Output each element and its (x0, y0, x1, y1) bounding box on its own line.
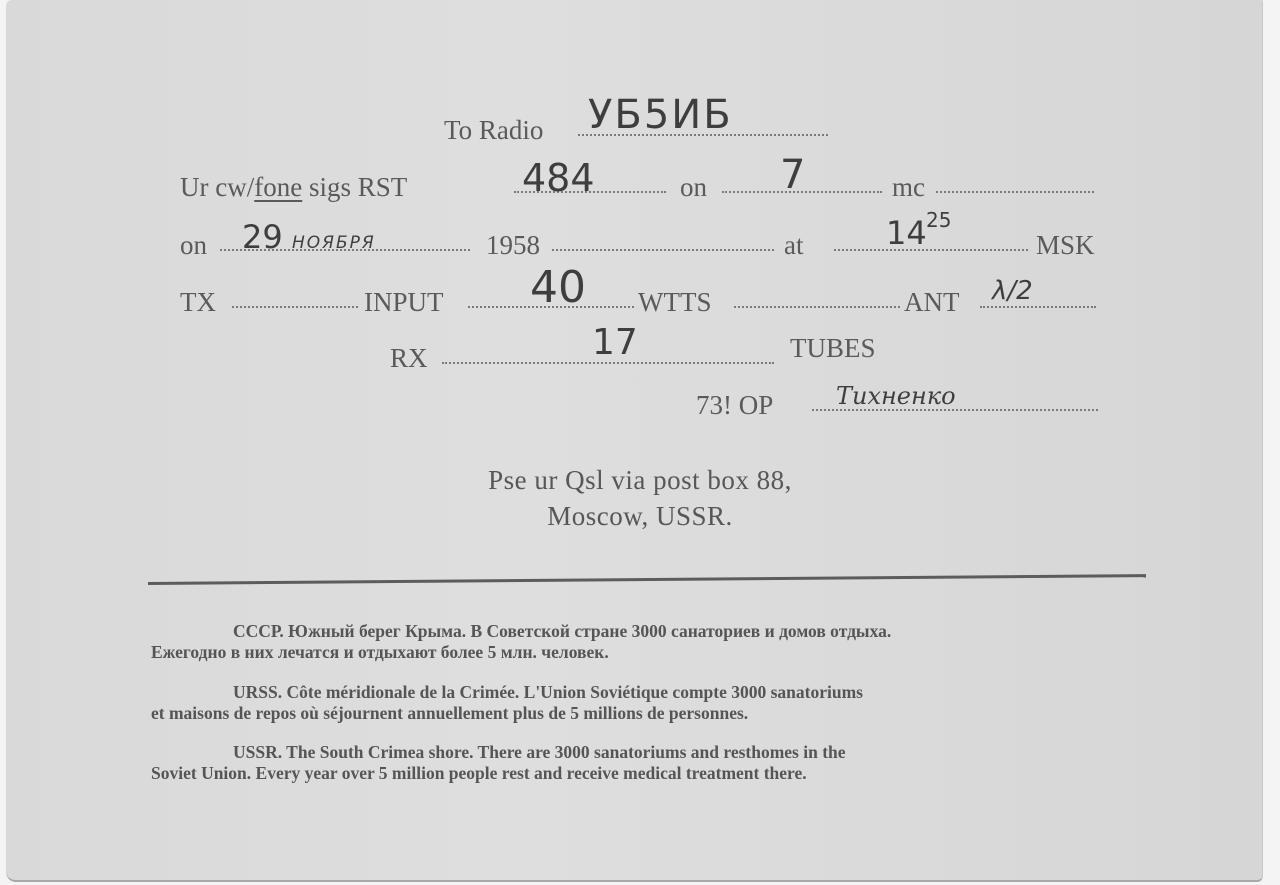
rst-value-handwritten: 484 (522, 156, 595, 200)
on-label: on (680, 172, 707, 203)
band-value-handwritten: 7 (780, 152, 805, 198)
callsign-handwritten: УБ5ИБ (588, 92, 733, 138)
antenna-handwritten: λ/2 (992, 276, 1033, 306)
month-handwritten: НОЯБРЯ (292, 233, 376, 253)
qsl-request-line-2: Moscow, USSR. (0, 498, 1280, 534)
qsl-request-line-1: Pse ur Qsl via post box 88, (0, 462, 1280, 498)
ant-dotted-line (980, 306, 1096, 308)
fone-underlined: fone (254, 172, 302, 202)
watts-handwritten: 40 (530, 262, 586, 313)
day-handwritten: 29 (242, 218, 283, 256)
tubes-label: TUBES (790, 333, 876, 364)
tubes-handwritten: 17 (592, 322, 638, 363)
mc-label: mc (892, 172, 925, 203)
qsl-request: Pse ur Qsl via post box 88, Moscow, USSR… (0, 462, 1280, 534)
to-radio-label: To Radio (444, 115, 543, 146)
mc-dotted-line (936, 191, 1094, 193)
operator-signature: Тихненко (836, 382, 956, 410)
signal-mode-label: Ur cw/fone sigs RST (180, 172, 407, 203)
caption-russian-line-1: СССР. Южный берег Крыма. В Советской стр… (151, 621, 1151, 642)
year-dotted-line (552, 249, 774, 251)
watts-label: WTTS (638, 287, 712, 318)
ant-label: ANT (904, 287, 960, 318)
tx-label: TX (180, 287, 216, 318)
caption-french: URSS. Côte méridionale de la Crimée. L'U… (151, 682, 1151, 724)
op-label: 73! OP (696, 390, 773, 421)
tx-dotted-line (232, 306, 358, 308)
qsl-card: To Radio УБ5ИБ Ur cw/fone sigs RST 484 o… (6, 0, 1263, 882)
time-dotted-line (834, 249, 1028, 251)
watts-dotted-line (734, 306, 900, 308)
caption-english: USSR. The South Crimea shore. There are … (151, 742, 1151, 784)
year-label: 1958 (486, 230, 540, 261)
caption-english-line-2: Soviet Union. Every year over 5 million … (151, 763, 1151, 784)
caption-french-line-1: URSS. Côte méridionale de la Crimée. L'U… (151, 682, 1151, 703)
at-label: at (784, 230, 804, 261)
minute-handwritten: 25 (926, 208, 951, 232)
date-on-label: on (180, 230, 207, 261)
hour-handwritten: 14 (886, 214, 927, 252)
timezone-label: MSK (1036, 230, 1095, 261)
caption-russian-line-2: Ежегодно в них лечатся и отдыхают более … (151, 642, 1151, 663)
caption-french-line-2: et maisons de repos où séjournent annuel… (151, 703, 1151, 724)
caption-russian: СССР. Южный берег Крыма. В Советской стр… (151, 621, 1151, 663)
rx-label: RX (390, 343, 428, 374)
caption-english-line-1: USSR. The South Crimea shore. There are … (151, 742, 1151, 763)
input-label: INPUT (364, 287, 444, 318)
section-divider (148, 574, 1146, 585)
